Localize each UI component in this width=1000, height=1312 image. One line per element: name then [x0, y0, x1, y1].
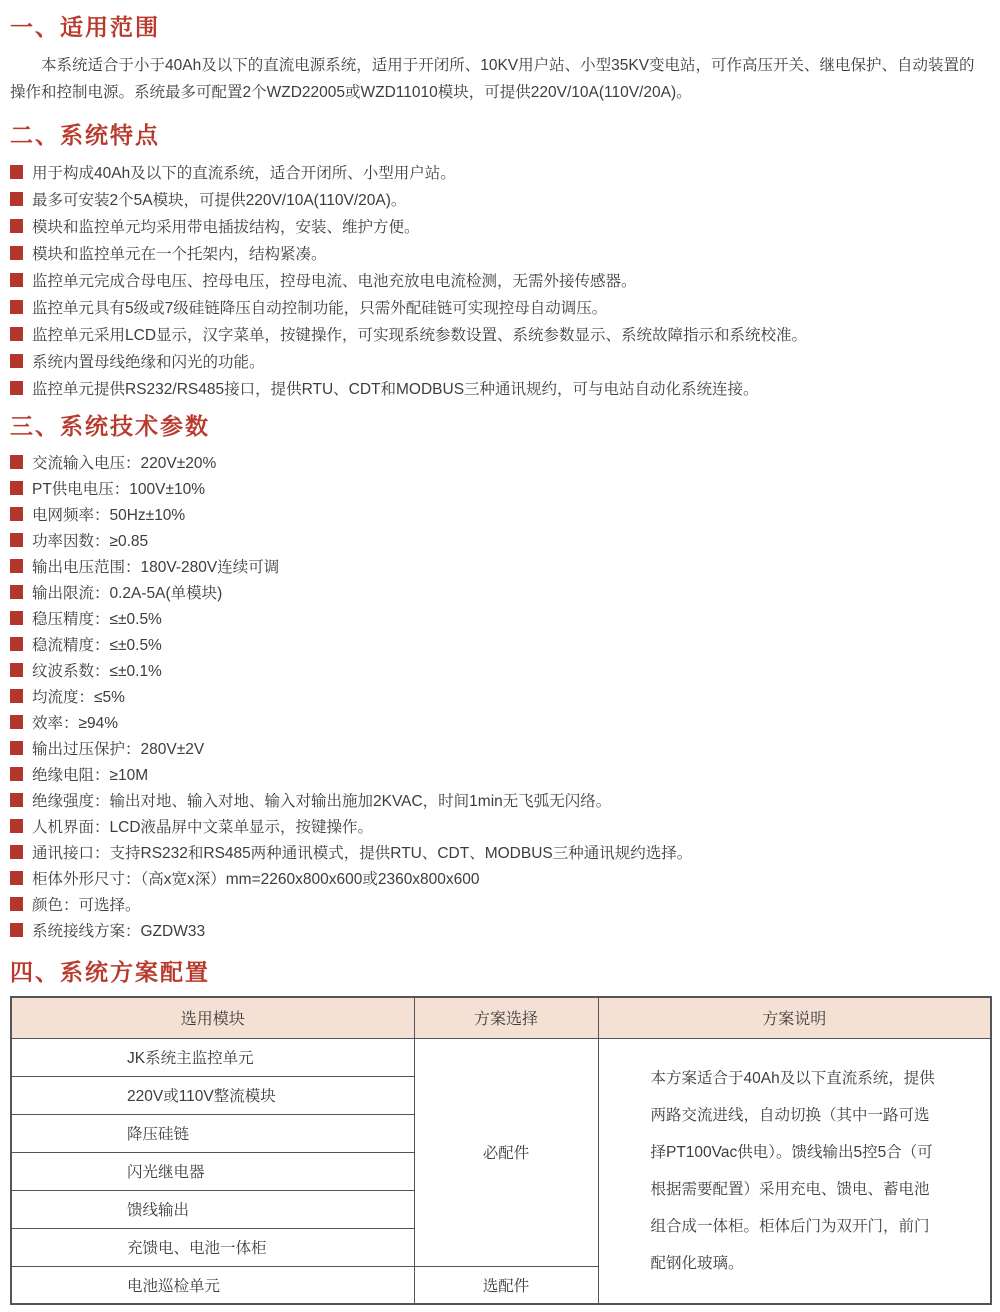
list-item: 监控单元提供RS232/RS485接口，提供RTU、CDT和MODBUS三种通讯…	[10, 374, 990, 401]
module-cell: 降压硅链	[11, 1114, 414, 1152]
list-item-text: PT供电电压：100V±10%	[32, 477, 205, 499]
bullet-square-icon	[10, 611, 23, 625]
list-item: 模块和监控单元均采用带电插拔结构，安装、维护方便。	[10, 212, 990, 239]
section-features: 二、系统特点 用于构成40Ah及以下的直流系统，适合开闭所、小型用户站。 最多可…	[10, 120, 990, 401]
list-item-text: 均流度：≤5%	[32, 685, 125, 707]
list-item: 监控单元采用LCD显示，汉字菜单，按键操作，可实现系统参数设置、系统参数显示、系…	[10, 320, 990, 347]
list-item-text: 模块和监控单元在一个托架内，结构紧凑。	[32, 242, 327, 264]
section-config-heading: 四、系统方案配置	[10, 957, 990, 987]
bullet-square-icon	[10, 715, 23, 729]
list-item: 绝缘电阻：≥10M	[10, 761, 990, 787]
bullet-square-icon	[10, 481, 23, 495]
list-item-text: 绝缘电阻：≥10M	[32, 763, 148, 785]
list-item-text: 纹波系数：≤±0.1%	[32, 659, 162, 681]
list-item: 稳流精度：≤±0.5%	[10, 631, 990, 657]
bullet-square-icon	[10, 507, 23, 521]
list-item-text: 通讯接口：支持RS232和RS485两种通讯模式，提供RTU、CDT、MODBU…	[32, 841, 692, 863]
section-params: 三、系统技术参数 交流输入电压：220V±20% PT供电电压：100V±10%…	[10, 411, 990, 943]
list-item-text: 用于构成40Ah及以下的直流系统，适合开闭所、小型用户站。	[32, 161, 456, 183]
list-item-text: 绝缘强度：输出对地、输入对地、输入对输出施加2KVAC，时间1min无飞弧无闪络…	[32, 789, 611, 811]
list-item-text: 稳流精度：≤±0.5%	[32, 633, 162, 655]
list-item-text: 监控单元提供RS232/RS485接口，提供RTU、CDT和MODBUS三种通讯…	[32, 377, 759, 399]
bullet-square-icon	[10, 637, 23, 651]
list-item: PT供电电压：100V±10%	[10, 475, 990, 501]
bullet-square-icon	[10, 273, 23, 287]
bullet-square-icon	[10, 845, 23, 859]
features-list: 用于构成40Ah及以下的直流系统，适合开闭所、小型用户站。 最多可安装2个5A模…	[10, 158, 990, 401]
list-item: 模块和监控单元在一个托架内，结构紧凑。	[10, 239, 990, 266]
list-item: 绝缘强度：输出对地、输入对地、输入对输出施加2KVAC，时间1min无飞弧无闪络…	[10, 787, 990, 813]
list-item: 系统内置母线绝缘和闪光的功能。	[10, 347, 990, 374]
list-item: 输出限流：0.2A-5A(单模块)	[10, 579, 990, 605]
module-cell: 馈线输出	[11, 1190, 414, 1228]
list-item: 均流度：≤5%	[10, 683, 990, 709]
bullet-square-icon	[10, 300, 23, 314]
list-item-text: 电网频率：50Hz±10%	[32, 503, 185, 525]
list-item-text: 交流输入电压：220V±20%	[32, 451, 216, 473]
list-item: 通讯接口：支持RS232和RS485两种通讯模式，提供RTU、CDT、MODBU…	[10, 839, 990, 865]
column-header-description: 方案说明	[598, 997, 991, 1038]
table-header-row: 选用模块 方案选择 方案说明	[11, 997, 991, 1038]
list-item-text: 输出过压保护：280V±2V	[32, 737, 204, 759]
list-item: 纹波系数：≤±0.1%	[10, 657, 990, 683]
column-header-choice: 方案选择	[414, 997, 598, 1038]
list-item-text: 最多可安装2个5A模块，可提供220V/10A(110V/20A)。	[32, 188, 406, 210]
list-item: 功率因数：≥0.85	[10, 527, 990, 553]
module-cell: 充馈电、电池一体柜	[11, 1228, 414, 1266]
list-item: 效率：≥94%	[10, 709, 990, 735]
choice-cell-required: 必配件	[414, 1038, 598, 1266]
list-item: 电网频率：50Hz±10%	[10, 501, 990, 527]
bullet-square-icon	[10, 819, 23, 833]
table-row: JK系统主监控单元 必配件 本方案适合于40Ah及以下直流系统，提供两路交流进线…	[11, 1038, 991, 1076]
bullet-square-icon	[10, 689, 23, 703]
list-item: 监控单元完成合母电压、控母电压，控母电流、电池充放电电流检测，无需外接传感器。	[10, 266, 990, 293]
list-item-text: 输出限流：0.2A-5A(单模块)	[32, 581, 222, 603]
list-item-text: 监控单元采用LCD显示，汉字菜单，按键操作，可实现系统参数设置、系统参数显示、系…	[32, 323, 807, 345]
bullet-square-icon	[10, 663, 23, 677]
list-item-text: 监控单元具有5级或7级硅链降压自动控制功能，只需外配硅链可实现控母自动调压。	[32, 296, 607, 318]
list-item-text: 稳压精度：≤±0.5%	[32, 607, 162, 629]
bullet-square-icon	[10, 741, 23, 755]
list-item-text: 输出电压范围：180V-280V连续可调	[32, 555, 279, 577]
bullet-square-icon	[10, 793, 23, 807]
module-cell: 220V或110V整流模块	[11, 1076, 414, 1114]
list-item: 稳压精度：≤±0.5%	[10, 605, 990, 631]
bullet-square-icon	[10, 533, 23, 547]
bullet-square-icon	[10, 165, 23, 179]
section-scope-heading: 一、适用范围	[10, 12, 990, 42]
list-item-text: 监控单元完成合母电压、控母电压，控母电流、电池充放电电流检测，无需外接传感器。	[32, 269, 637, 291]
list-item-text: 系统内置母线绝缘和闪光的功能。	[32, 350, 265, 372]
section-params-heading: 三、系统技术参数	[10, 411, 990, 441]
bullet-square-icon	[10, 192, 23, 206]
section-scope: 一、适用范围 本系统适合于小于40Ah及以下的直流电源系统，适用于开闭所、10K…	[10, 12, 990, 106]
list-item-text: 模块和监控单元均采用带电插拔结构，安装、维护方便。	[32, 215, 420, 237]
list-item-text: 系统接线方案：GZDW33	[32, 919, 205, 941]
module-cell: 电池巡检单元	[11, 1266, 414, 1304]
list-item: 交流输入电压：220V±20%	[10, 449, 990, 475]
module-cell: 闪光继电器	[11, 1152, 414, 1190]
bullet-square-icon	[10, 219, 23, 233]
scope-paragraph: 本系统适合于小于40Ah及以下的直流电源系统，适用于开闭所、10KV用户站、小型…	[10, 52, 982, 106]
bullet-square-icon	[10, 327, 23, 341]
config-table: 选用模块 方案选择 方案说明 JK系统主监控单元 必配件 本方案适合于40Ah及…	[10, 996, 992, 1305]
bullet-square-icon	[10, 246, 23, 260]
params-list: 交流输入电压：220V±20% PT供电电压：100V±10% 电网频率：50H…	[10, 449, 990, 943]
document-page: 一、适用范围 本系统适合于小于40Ah及以下的直流电源系统，适用于开闭所、10K…	[0, 0, 1000, 1312]
list-item: 监控单元具有5级或7级硅链降压自动控制功能，只需外配硅链可实现控母自动调压。	[10, 293, 990, 320]
bullet-square-icon	[10, 897, 23, 911]
section-features-heading: 二、系统特点	[10, 120, 990, 150]
section-config: 四、系统方案配置 选用模块 方案选择 方案说明 JK系统主监控单元 必配件 本方…	[10, 957, 990, 1305]
list-item-text: 功率因数：≥0.85	[32, 529, 148, 551]
list-item: 人机界面：LCD液晶屏中文菜单显示，按键操作。	[10, 813, 990, 839]
list-item: 柜体外形尺寸：（高x宽x深）mm=2260x800x600或2360x800x6…	[10, 865, 990, 891]
list-item: 输出电压范围：180V-280V连续可调	[10, 553, 990, 579]
choice-cell-optional: 选配件	[414, 1266, 598, 1304]
bullet-square-icon	[10, 381, 23, 395]
list-item-text: 颜色：可选择。	[32, 893, 141, 915]
description-cell: 本方案适合于40Ah及以下直流系统，提供两路交流进线，自动切换（其中一路可选择P…	[598, 1038, 991, 1304]
list-item: 系统接线方案：GZDW33	[10, 917, 990, 943]
bullet-square-icon	[10, 767, 23, 781]
list-item: 用于构成40Ah及以下的直流系统，适合开闭所、小型用户站。	[10, 158, 990, 185]
bullet-square-icon	[10, 354, 23, 368]
bullet-square-icon	[10, 923, 23, 937]
module-cell: JK系统主监控单元	[11, 1038, 414, 1076]
list-item: 最多可安装2个5A模块，可提供220V/10A(110V/20A)。	[10, 185, 990, 212]
list-item-text: 人机界面：LCD液晶屏中文菜单显示，按键操作。	[32, 815, 373, 837]
column-header-module: 选用模块	[11, 997, 414, 1038]
bullet-square-icon	[10, 871, 23, 885]
bullet-square-icon	[10, 455, 23, 469]
list-item: 颜色：可选择。	[10, 891, 990, 917]
list-item: 输出过压保护：280V±2V	[10, 735, 990, 761]
bullet-square-icon	[10, 559, 23, 573]
bullet-square-icon	[10, 585, 23, 599]
list-item-text: 效率：≥94%	[32, 711, 118, 733]
list-item-text: 柜体外形尺寸：（高x宽x深）mm=2260x800x600或2360x800x6…	[32, 867, 480, 889]
